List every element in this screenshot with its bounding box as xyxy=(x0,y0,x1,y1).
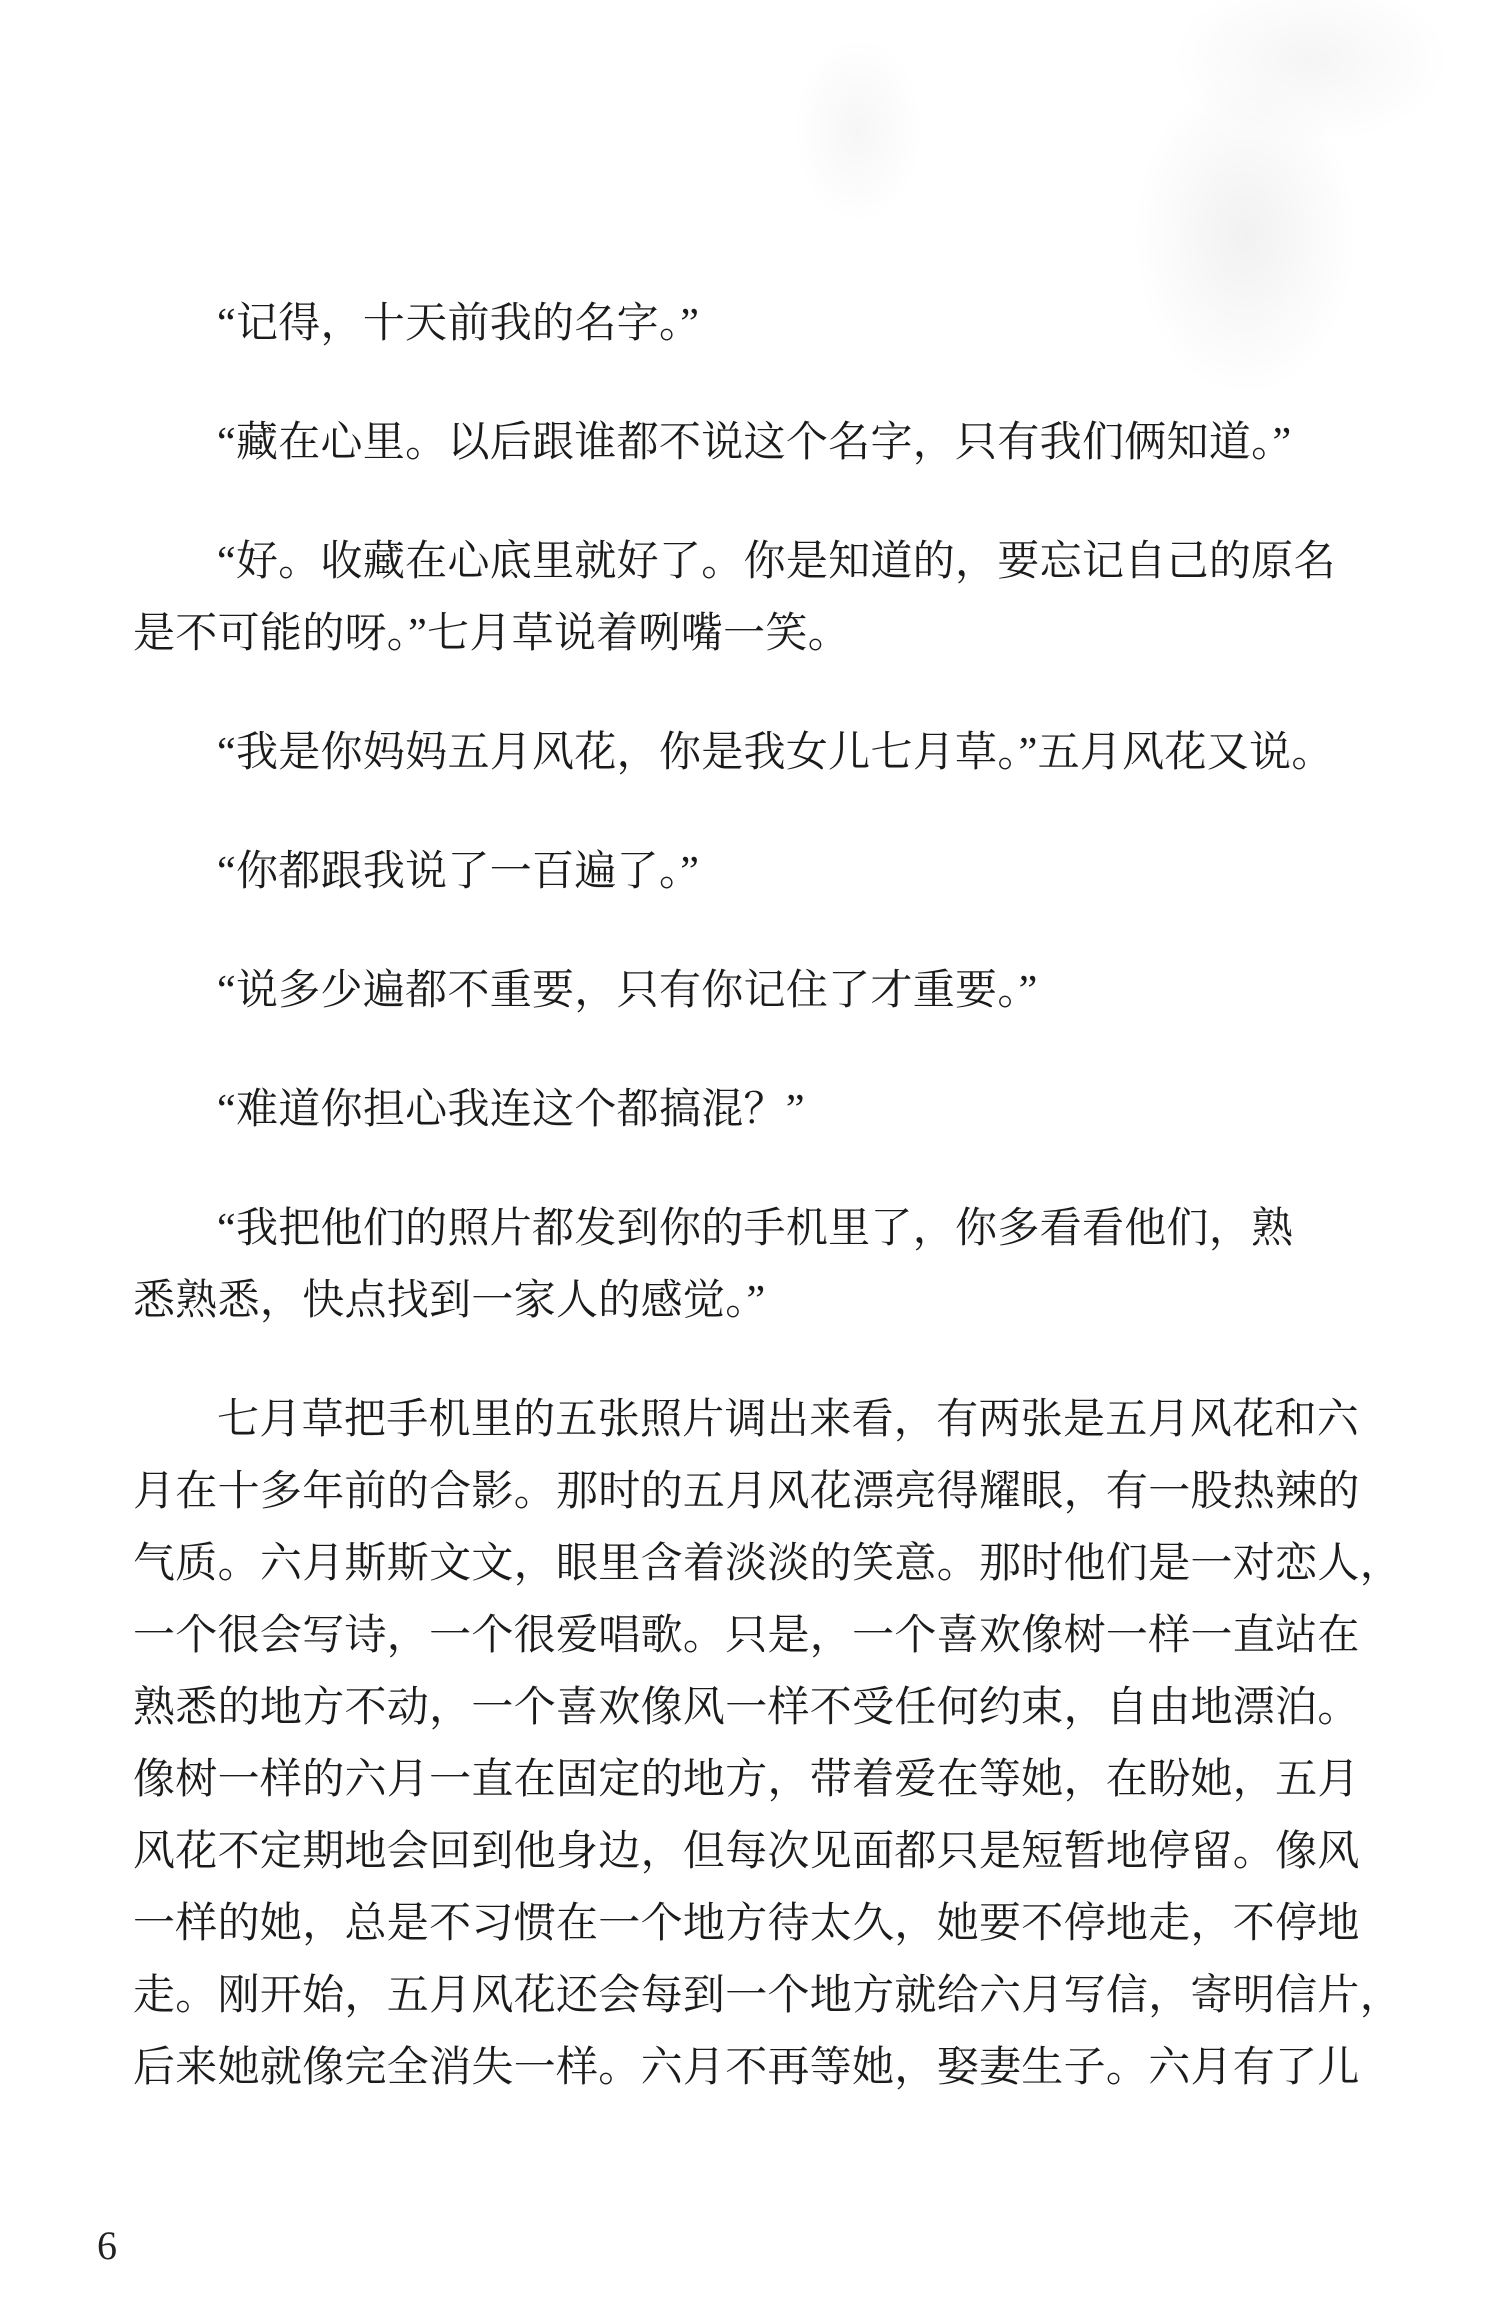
paragraph: “你都跟我说了一百遍了。” xyxy=(133,836,1373,908)
page-number: 6 xyxy=(97,2226,117,2266)
text-line: 是不可能的呀。”七月草说着咧嘴一笑。 xyxy=(133,598,1373,670)
text-line: 风花不定期地会回到他身边，但每次见面都只是短暂地停留。像风 xyxy=(133,1816,1373,1888)
text-line: “说多少遍都不重要，只有你记住了才重要。” xyxy=(133,955,1373,1027)
paragraph: 七月草把手机里的五张照片调出来看，有两张是五月风花和六月在十多年前的合影。那时的… xyxy=(133,1384,1373,2104)
text-line: 气质。六月斯斯文文，眼里含着淡淡的笑意。那时他们是一对恋人， xyxy=(133,1528,1373,1600)
text-line: “我是你妈妈五月风花，你是我女儿七月草。”五月风花又说。 xyxy=(133,717,1373,789)
paragraph: “我把他们的照片都发到你的手机里了，你多看看他们，熟悉熟悉，快点找到一家人的感觉… xyxy=(133,1193,1373,1337)
text-line: “你都跟我说了一百遍了。” xyxy=(133,836,1373,908)
paragraph: “好。收藏在心底里就好了。你是知道的，要忘记自己的原名是不可能的呀。”七月草说着… xyxy=(133,526,1373,670)
text-line: 一个很会写诗，一个很爱唱歌。只是，一个喜欢像树一样一直站在 xyxy=(133,1600,1373,1672)
text-line: 像树一样的六月一直在固定的地方，带着爱在等她，在盼她，五月 xyxy=(133,1744,1373,1816)
text-line: “藏在心里。以后跟谁都不说这个名字，只有我们俩知道。” xyxy=(133,407,1373,479)
paragraph: “难道你担心我连这个都搞混？” xyxy=(133,1074,1373,1146)
text-line: 月在十多年前的合影。那时的五月风花漂亮得耀眼，有一股热辣的 xyxy=(133,1456,1373,1528)
paragraph: “我是你妈妈五月风花，你是我女儿七月草。”五月风花又说。 xyxy=(133,717,1373,789)
text-line: 悉熟悉，快点找到一家人的感觉。” xyxy=(133,1265,1373,1337)
text-line: “我把他们的照片都发到你的手机里了，你多看看他们，熟 xyxy=(133,1193,1373,1265)
text-block: “记得，十天前我的名字。”“藏在心里。以后跟谁都不说这个名字，只有我们俩知道。”… xyxy=(133,288,1373,2104)
text-line: 七月草把手机里的五张照片调出来看，有两张是五月风花和六 xyxy=(133,1384,1373,1456)
text-line: 走。刚开始，五月风花还会每到一个地方就给六月写信，寄明信片， xyxy=(133,1960,1373,2032)
text-line: “记得，十天前我的名字。” xyxy=(133,288,1373,360)
book-page: “记得，十天前我的名字。”“藏在心里。以后跟谁都不说这个名字，只有我们俩知道。”… xyxy=(0,0,1488,2309)
text-line: 熟悉的地方不动，一个喜欢像风一样不受任何约束，自由地漂泊。 xyxy=(133,1672,1373,1744)
paragraph: “记得，十天前我的名字。” xyxy=(133,288,1373,360)
text-line: 后来她就像完全消失一样。六月不再等她，娶妻生子。六月有了儿 xyxy=(133,2032,1373,2104)
text-line: “难道你担心我连这个都搞混？” xyxy=(133,1074,1373,1146)
paragraph: “说多少遍都不重要，只有你记住了才重要。” xyxy=(133,955,1373,1027)
text-line: “好。收藏在心底里就好了。你是知道的，要忘记自己的原名 xyxy=(133,526,1373,598)
text-line: 一样的她，总是不习惯在一个地方待太久，她要不停地走，不停地 xyxy=(133,1888,1373,1960)
paragraph: “藏在心里。以后跟谁都不说这个名字，只有我们俩知道。” xyxy=(133,407,1373,479)
